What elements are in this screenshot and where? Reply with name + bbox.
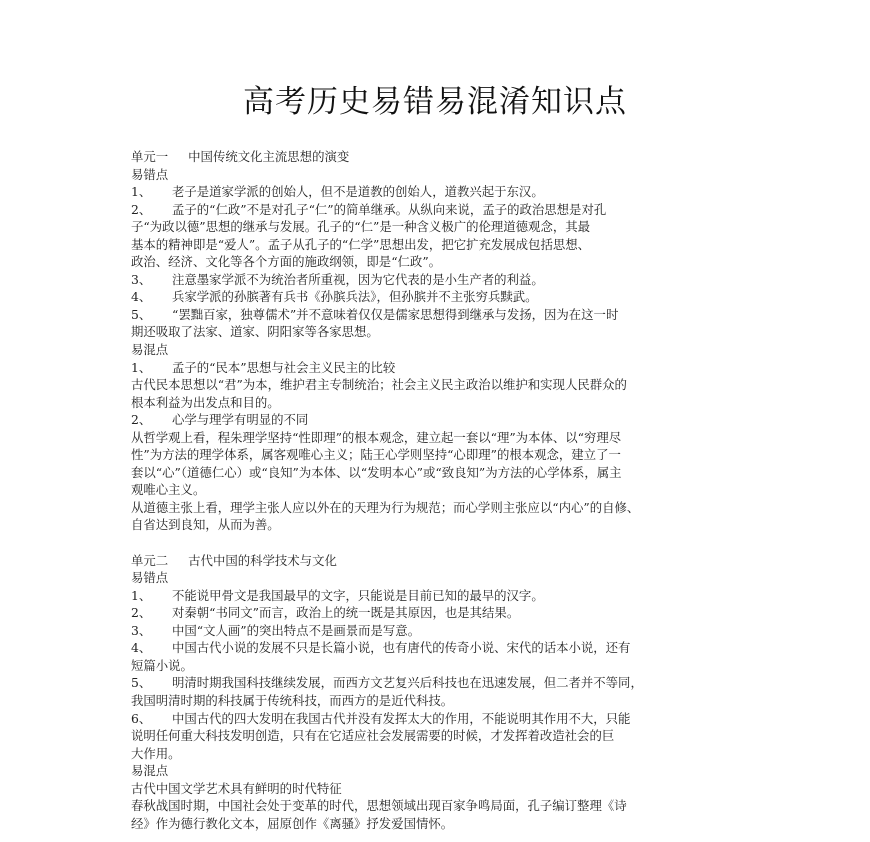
unit-label: 单元一 (131, 149, 168, 164)
paragraph-line: 自省达到良知，从而为善。 (131, 516, 741, 534)
list-item: 5、明清时期我国科技继续发展，而西方文艺复兴后科技也在迅速发展，但二者并不等同， (131, 674, 741, 692)
list-item: 4、兵家学派的孙膑著有兵书《孙膑兵法》，但孙膑并不主张穷兵黩武。 (131, 288, 741, 306)
list-item: 1、不能说甲骨文是我国最早的文字，只能说是目前已知的最早的汉字。 (131, 587, 741, 605)
list-item: 5、“罢黜百家，独尊儒术”并不意味着仅仅是儒家思想得到继承与发扬，因为在这一时 (131, 306, 741, 324)
section-label-confusions: 易混点 (131, 762, 741, 780)
paragraph-line: 性”为方法的理学体系，属客观唯心主义；陆王心学则坚持“心即理”的根本观念，建立了… (131, 446, 741, 464)
list-item-continuation: 子“为政以德”思想的继承与发展。孔子的“仁”是一种含义极广的伦理道德观念，其最 (131, 218, 741, 236)
unit-title: 古代中国的科学技术与文化 (188, 553, 337, 568)
paragraph-line: 从哲学观上看，程朱理学坚持“性即理”的根本观念，建立起一套以“理”为本体、以“穷… (131, 429, 741, 447)
paragraph-line: 春秋战国时期，中国社会处于变革的时代，思想领域出现百家争鸣局面，孔子编订整理《诗 (131, 797, 741, 815)
paragraph-line: 经》作为德行教化文本，屈原创作《离骚》抒发爱国情怀。 (131, 815, 741, 833)
unit-heading: 单元二古代中国的科学技术与文化 (131, 552, 741, 570)
document-page: 高考历史易错易混淆知识点 单元一中国传统文化主流思想的演变 易错点 1、老子是道… (0, 0, 870, 842)
confusion-heading: 古代中国文学艺术具有鲜明的时代特征 (131, 780, 741, 798)
list-item-continuation: 政治、经济、文化等各个方面的施政纲领，即是“仁政”。 (131, 253, 741, 271)
list-item-continuation: 大作用。 (131, 745, 741, 763)
paragraph-line: 观唯心主义。 (131, 481, 741, 499)
list-item-continuation: 期还吸取了法家、道家、阴阳家等各家思想。 (131, 323, 741, 341)
paragraph-line: 套以“心”（道德仁心）或“良知”为本体、以“发明本心”或“致良知”为方法的心学体… (131, 464, 741, 482)
document-body: 单元一中国传统文化主流思想的演变 易错点 1、老子是道家学派的创始人，但不是道教… (131, 148, 741, 832)
unit-title: 中国传统文化主流思想的演变 (188, 149, 349, 164)
spacer (131, 534, 741, 552)
confusion-heading: 1、孟子的“民本”思想与社会主义民主的比较 (131, 359, 741, 377)
list-item: 4、中国古代小说的发展不只是长篇小说，也有唐代的传奇小说、宋代的话本小说，还有 (131, 639, 741, 657)
list-item: 6、中国古代的四大发明在我国古代并没有发挥太大的作用，不能说明其作用不大，只能 (131, 710, 741, 728)
list-item: 2、孟子的“仁政”不是对孔子“仁”的简单继承。从纵向来说，孟子的政治思想是对孔 (131, 201, 741, 219)
list-item-continuation: 短篇小说。 (131, 657, 741, 675)
paragraph-line: 从道德主张上看，理学主张人应以外在的天理为行为规范；而心学则主张应以“内心”的自… (131, 499, 741, 517)
unit-label: 单元二 (131, 553, 168, 568)
section-label-errors: 易错点 (131, 166, 741, 184)
list-item: 3、注意墨家学派不为统治者所重视，因为它代表的是小生产者的利益。 (131, 271, 741, 289)
paragraph-line: 古代民本思想以“君”为本，维护君主专制统治；社会主义民主政治以维护和实现人民群众… (131, 376, 741, 394)
list-item-continuation: 说明任何重大科技发明创造，只有在它适应社会发展需要的时候，才发挥着改造社会的巨 (131, 727, 741, 745)
unit-heading: 单元一中国传统文化主流思想的演变 (131, 148, 741, 166)
section-label-confusions: 易混点 (131, 341, 741, 359)
paragraph-line: 根本利益为出发点和目的。 (131, 394, 741, 412)
list-item-continuation: 基本的精神即是“爱人”。孟子从孔子的“仁学”思想出发，把它扩充发展成包括思想、 (131, 236, 741, 254)
document-title: 高考历史易错易混淆知识点 (0, 76, 870, 121)
list-item: 2、对秦朝“书同文”而言，政治上的统一既是其原因，也是其结果。 (131, 604, 741, 622)
confusion-heading: 2、心学与理学有明显的不同 (131, 411, 741, 429)
list-item: 3、中国“文人画”的突出特点不是画景而是写意。 (131, 622, 741, 640)
list-item-continuation: 我国明清时期的科技属于传统科技，而西方的是近代科技。 (131, 692, 741, 710)
list-item: 1、老子是道家学派的创始人，但不是道教的创始人，道教兴起于东汉。 (131, 183, 741, 201)
section-label-errors: 易错点 (131, 569, 741, 587)
